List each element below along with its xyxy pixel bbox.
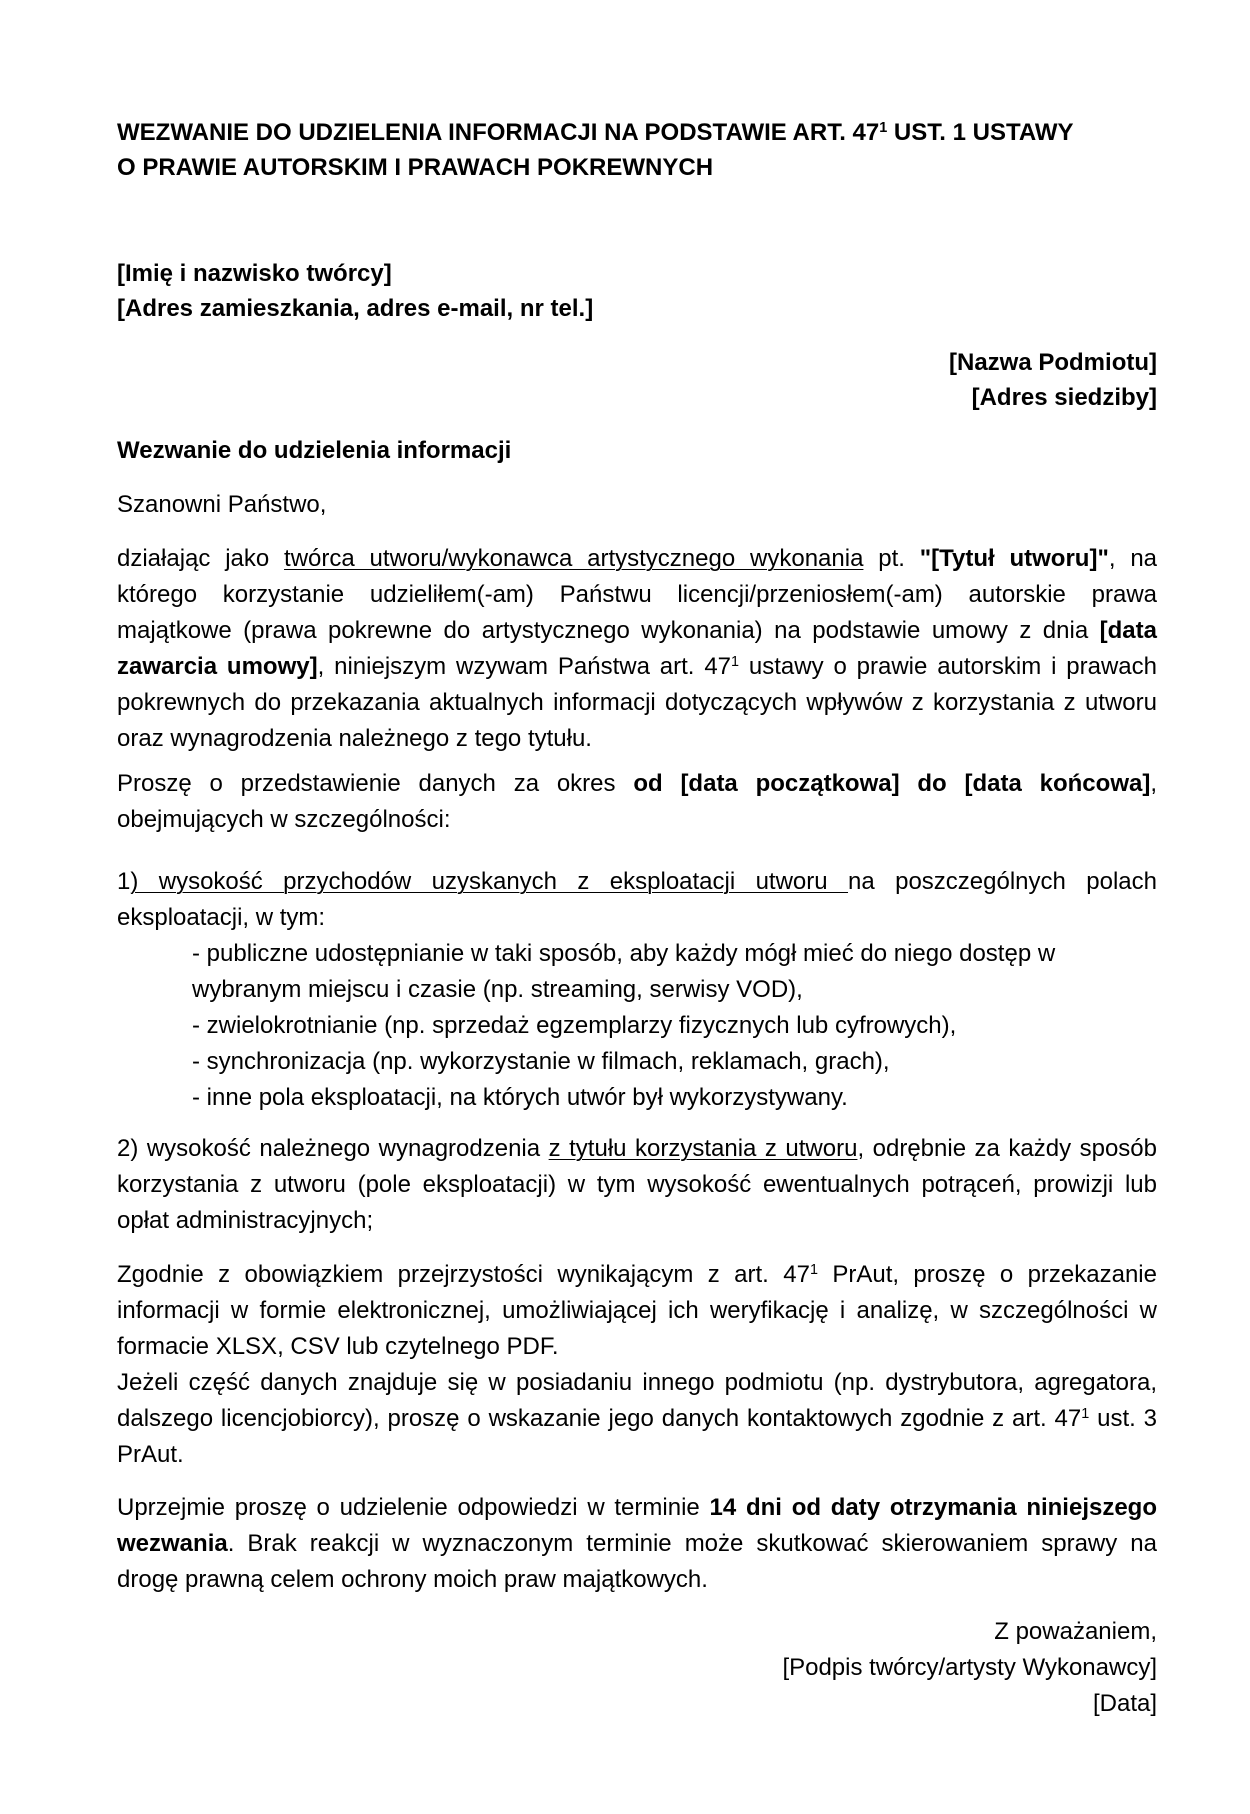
document-title: WEZWANIE DO UDZIELENIA INFORMACJI NA POD… xyxy=(117,115,1157,185)
title-line-1-end: UST. 1 USTAWY xyxy=(887,119,1073,146)
period-placeholder: od [data początkowa] do [data końcowa] xyxy=(633,770,1150,797)
underlined-text: twórca utworu xyxy=(284,545,442,572)
text: pt. xyxy=(863,545,919,572)
third-party-text: Jeżeli część danych znajduje się w posia… xyxy=(117,1365,1157,1473)
bullet-item-continuation: wybranym miejscu i czasie (np. streaming… xyxy=(117,972,1157,1008)
list-item-1: 1) wysokość przychodów uzyskanych z eksp… xyxy=(117,864,1157,1116)
bullet-item: - zwielokrotnianie (np. sprzedaż egzempl… xyxy=(117,1008,1157,1044)
text: działając jako xyxy=(117,545,284,572)
item-number: 1 xyxy=(117,868,130,895)
recipient-name: [Nazwa Podmiotu] xyxy=(117,345,1157,380)
text: Zgodnie z obowiązkiem przejrzystości wyn… xyxy=(117,1261,810,1288)
text: Jeżeli część danych znajduje się w posia… xyxy=(117,1369,1157,1432)
paragraph-transparency: Zgodnie z obowiązkiem przejrzystości wyn… xyxy=(117,1257,1157,1473)
bullet-item: - synchronizacja (np. wykorzystanie w fi… xyxy=(117,1044,1157,1080)
paragraph-deadline: Uprzejmie proszę o udzielenie odpowiedzi… xyxy=(117,1490,1157,1598)
transparency-text: Zgodnie z obowiązkiem przejrzystości wyn… xyxy=(117,1257,1157,1365)
item-1-text: 1) wysokość przychodów uzyskanych z eksp… xyxy=(117,864,1157,936)
bullet-list: - publiczne udostępnianie w taki sposób,… xyxy=(117,936,1157,1116)
text: Proszę o przedstawienie danych za okres xyxy=(117,770,633,797)
text: 2) wysokość należnego wynagrodzenia xyxy=(117,1135,549,1162)
recipient-address: [Adres siedziby] xyxy=(117,380,1157,415)
closing-regards: Z poważaniem, xyxy=(117,1614,1157,1650)
title-line-2: O PRAWIE AUTORSKIM I PRAWACH POKREWNYCH xyxy=(117,150,1157,185)
closing-block: Z poważaniem, [Podpis twórcy/artysty Wyk… xyxy=(117,1614,1157,1722)
sender-contact: [Adres zamieszkania, adres e-mail, nr te… xyxy=(117,291,1157,326)
text: . Brak reakcji w wyznaczonym terminie mo… xyxy=(117,1530,1157,1593)
text: , niniejszym wzywam Państwa art. 47 xyxy=(318,653,731,680)
superscript: 1 xyxy=(731,654,739,670)
underlined-text: ) wysokość przychodów uzyskanych z ekspl… xyxy=(130,868,848,895)
sender-block: [Imię i nazwisko twórcy] [Adres zamieszk… xyxy=(117,256,1157,326)
subject-heading: Wezwanie do udzielenia informacji xyxy=(117,433,1157,469)
salutation: Szanowni Państwo, xyxy=(117,487,1157,523)
title-line-1: WEZWANIE DO UDZIELENIA INFORMACJI NA POD… xyxy=(117,119,879,146)
text: Uprzejmie proszę o udzielenie odpowiedzi… xyxy=(117,1494,710,1521)
paragraph-intro: działając jako twórca utworu/wykonawca a… xyxy=(117,541,1157,757)
work-title-placeholder: "[Tytuł utworu]" xyxy=(920,545,1109,572)
superscript: 1 xyxy=(810,1262,818,1278)
recipient-block: [Nazwa Podmiotu] [Adres siedziby] xyxy=(117,345,1157,415)
underlined-text: z tytułu korzystania z utworu xyxy=(549,1135,858,1162)
underlined-text: wykonawca artystycznego wykonania xyxy=(448,545,863,572)
bullet-item: - publiczne udostępnianie w taki sposób,… xyxy=(117,936,1157,972)
sender-name: [Imię i nazwisko twórcy] xyxy=(117,256,1157,291)
date-placeholder: [Data] xyxy=(117,1686,1157,1722)
paragraph-period: Proszę o przedstawienie danych za okres … xyxy=(117,766,1157,838)
signature-placeholder: [Podpis twórcy/artysty Wykonawcy] xyxy=(117,1650,1157,1686)
bullet-item: - inne pola eksploatacji, na których utw… xyxy=(117,1080,1157,1116)
list-item-2: 2) wysokość należnego wynagrodzenia z ty… xyxy=(117,1131,1157,1239)
